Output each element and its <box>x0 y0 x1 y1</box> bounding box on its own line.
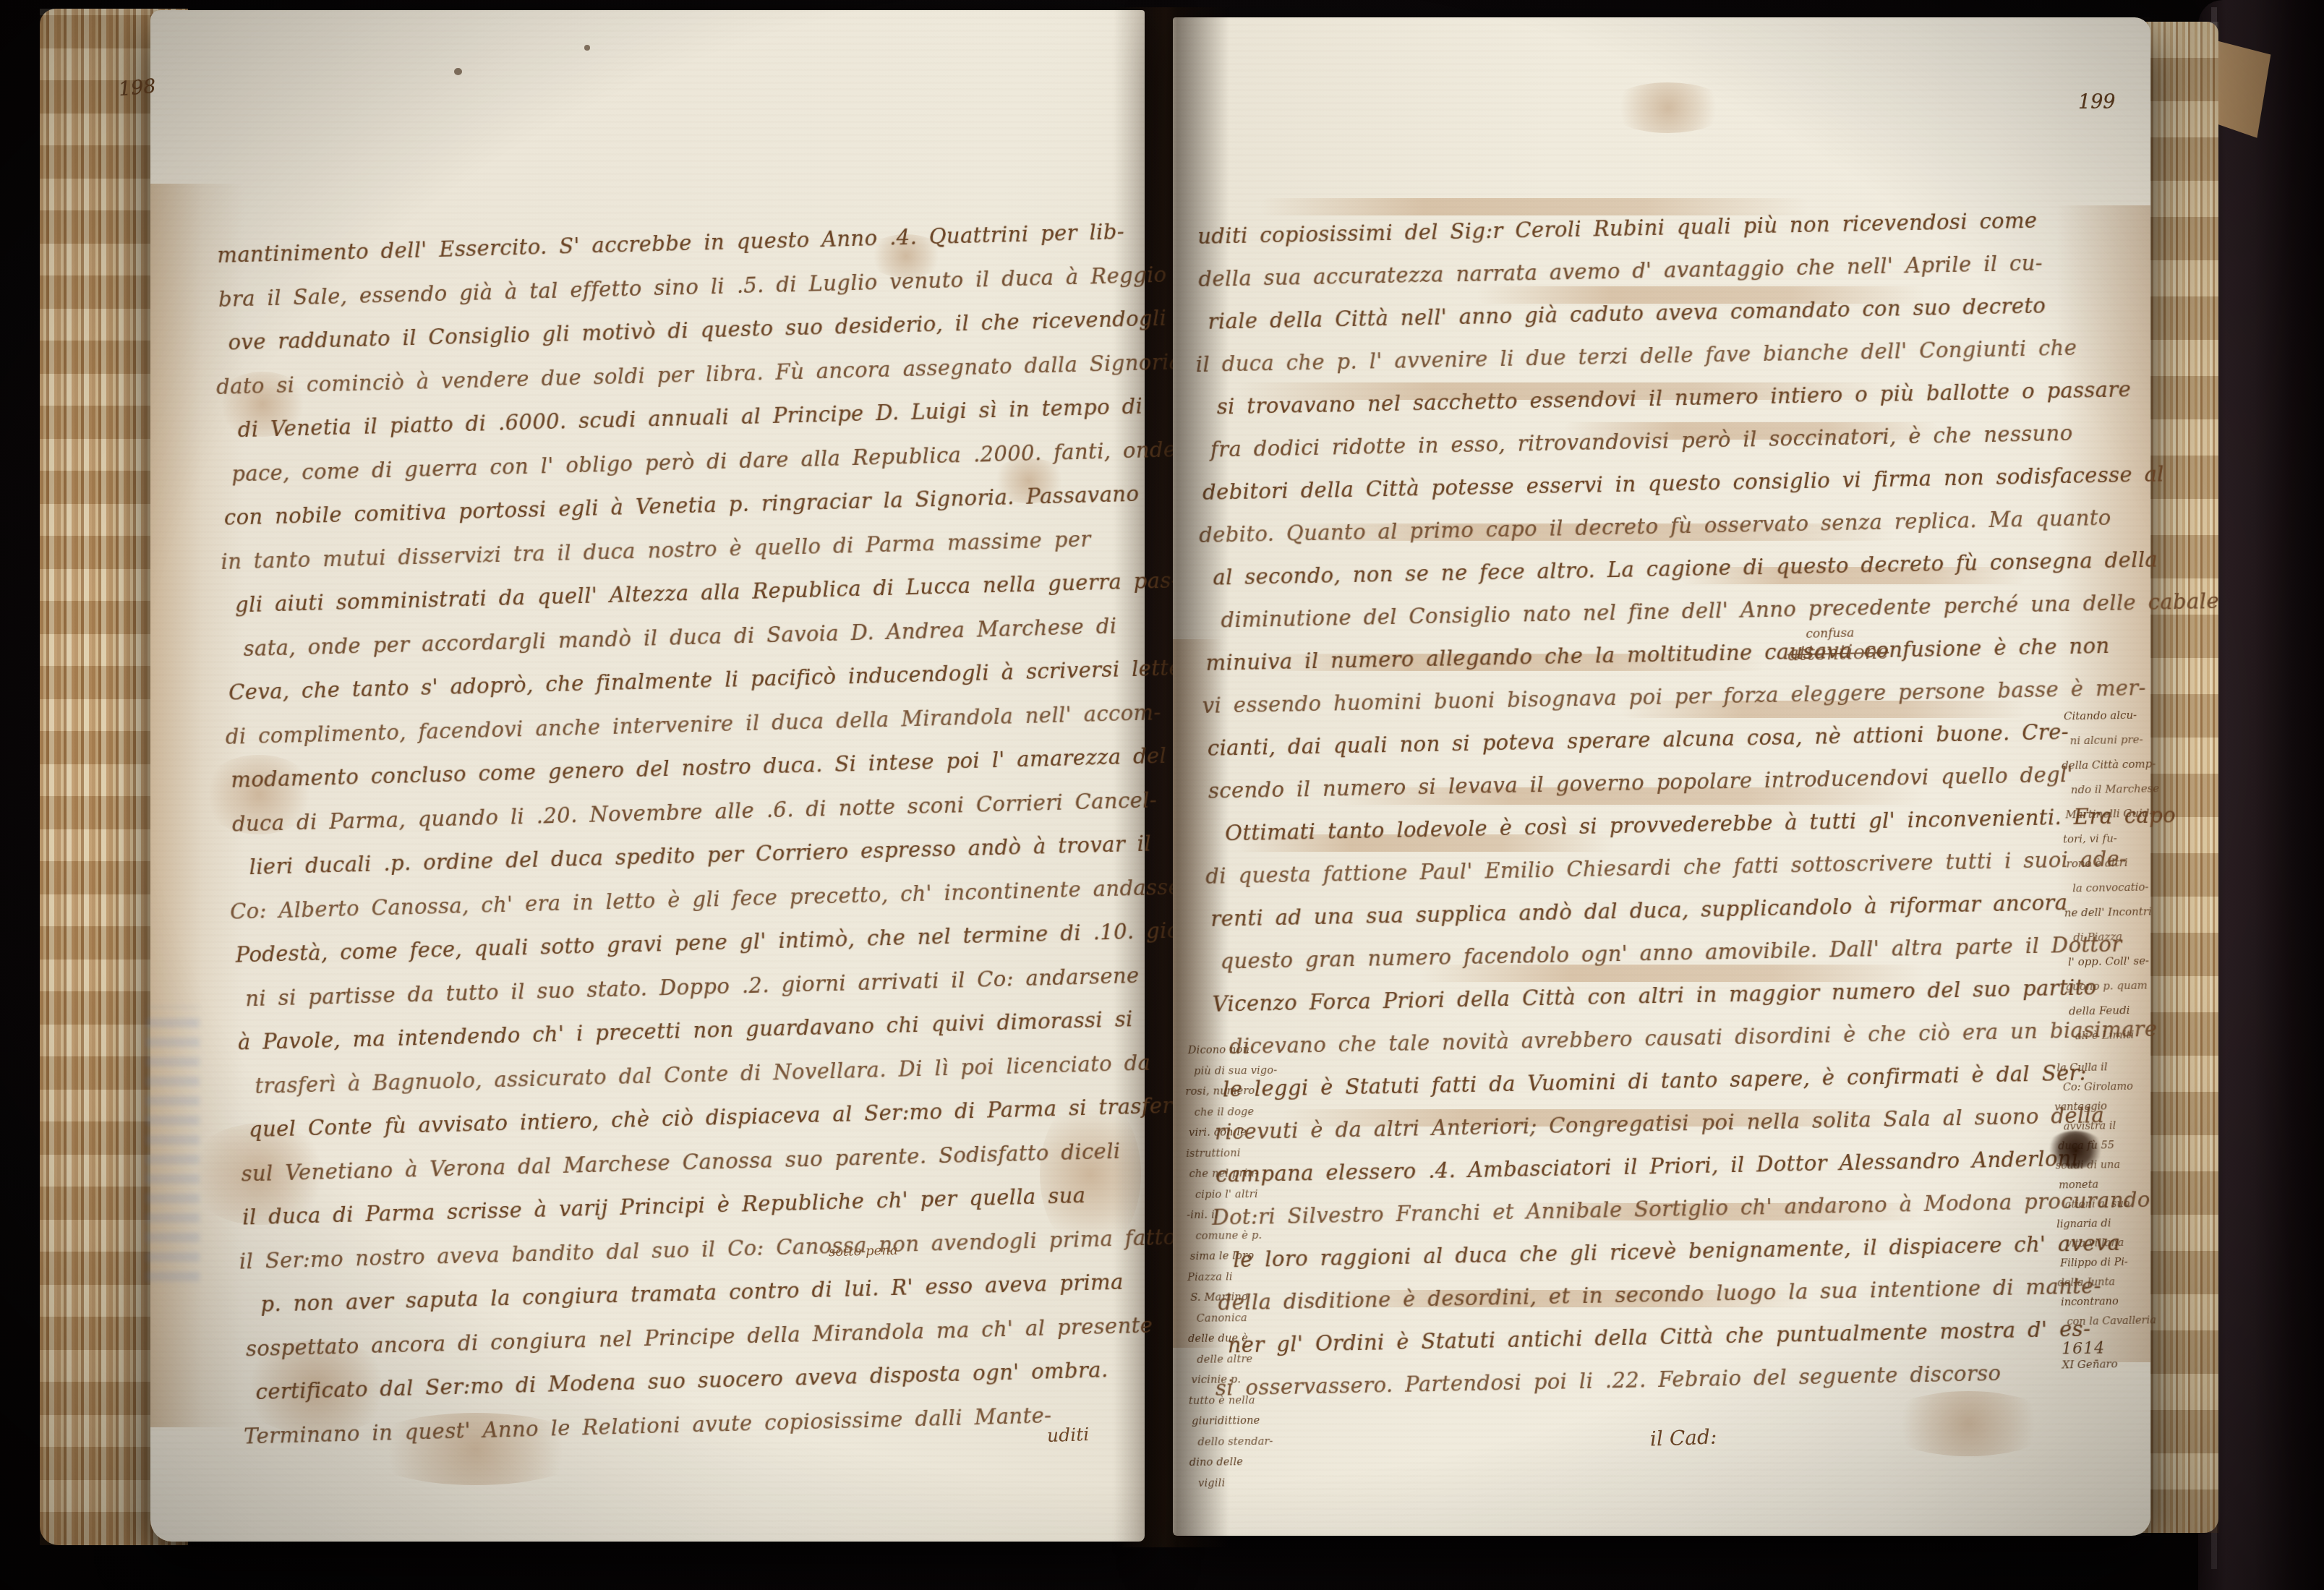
handwritten-line: rono è altri <box>2066 855 2190 882</box>
interlinear-insertion: sotto pena <box>829 1243 898 1260</box>
handwritten-line: vita villana <box>2066 1236 2187 1257</box>
handwritten-line: Piazza li <box>1187 1270 1320 1292</box>
handwritten-line: cipio l' altri <box>1195 1188 1320 1210</box>
margin-day: XI Gen̄aro <box>2062 1356 2188 1371</box>
handwritten-line: vantaggio <box>2054 1099 2184 1121</box>
handwritten-line: sima le loro <box>1190 1249 1320 1271</box>
handwritten-line: dino delle <box>1189 1456 1323 1477</box>
handwritten-line: ne dell' Incontri <box>2064 905 2191 931</box>
handwritten-line: delle altre <box>1197 1353 1321 1375</box>
handwritten-line: guono p. quam <box>2065 978 2192 1004</box>
handwritten-line: ni alcuni pre- <box>2069 732 2187 759</box>
handwritten-line: Co: Girolamo <box>2063 1080 2184 1102</box>
handwritten-line: vigili <box>1198 1476 1323 1498</box>
left-page-text: mantinimento dell' Essercito. S' accrebb… <box>217 218 1174 1467</box>
handwritten-line: rosi, numero <box>1185 1085 1318 1106</box>
margin-note-right-upper: Citando alcu-ni alcuni pre-della Città c… <box>2064 708 2192 1054</box>
margin-year: 1614 <box>2062 1338 2188 1358</box>
catchword: uditi <box>1047 1424 1090 1446</box>
ink-streak <box>1260 198 1809 215</box>
handwritten-line: ationi al suo <box>2065 1197 2186 1218</box>
book-photo: 198 mantinimento dell' Essercito. S' acc… <box>0 0 2324 1590</box>
handwritten-line: giuridittione <box>1192 1414 1322 1436</box>
handwritten-line: tori, vi fu- <box>2063 831 2190 858</box>
handwritten-line: più di sua vigo- <box>1194 1064 1318 1086</box>
foxing-speck <box>454 68 462 75</box>
scribal-correction: attentione confusa <box>1787 641 1889 666</box>
page-number-left: 198 <box>118 75 157 101</box>
handwritten-line: l' opp. Coll' se- <box>2068 954 2192 980</box>
handwritten-line: vicinie p. <box>1191 1373 1321 1395</box>
handwritten-line: la Culla il <box>2056 1061 2183 1082</box>
ink-blot <box>2046 1131 2104 1168</box>
handwritten-line: Filippo di Pi- <box>2060 1255 2187 1277</box>
right-page-text: uditi copiosissimi del Sig:r Ceroli Rubi… <box>1197 206 2160 1419</box>
margin-note-lines: la Culla ilCo: Girolamovantaggioavvistra… <box>2056 1061 2188 1336</box>
handwritten-line: della Città comp- <box>2062 757 2188 784</box>
handwritten-line: S. Martino <box>1190 1291 1320 1312</box>
foxing-speck <box>584 45 590 51</box>
stain <box>1607 82 1730 133</box>
handwritten-line: della Junta <box>2057 1275 2187 1296</box>
margin-note-left: Dicono nonpiù di sua vigo-rosi, numeroch… <box>1188 1043 1323 1498</box>
handwritten-line: che il doge <box>1195 1106 1319 1127</box>
handwritten-line: con la Cavalleria <box>2067 1314 2187 1335</box>
handwritten-line: tutto è nella <box>1189 1394 1322 1416</box>
handwritten-line: lignaria di <box>2056 1216 2186 1238</box>
handwritten-line: Martinelli Guid- <box>2065 806 2189 833</box>
closing-line: il Cad: <box>1649 1424 1717 1450</box>
handwritten-line: di Piazza <box>2073 929 2191 956</box>
handwritten-line: della Feudi <box>2069 1002 2192 1029</box>
handwritten-line: dello stendar- <box>1197 1435 1322 1457</box>
handwritten-line: ali è Limiti <box>2075 1027 2193 1053</box>
handwritten-line: incontrano <box>2061 1294 2187 1316</box>
left-page: 198 mantinimento dell' Essercito. S' acc… <box>150 10 1145 1542</box>
handwritten-line: Canonica <box>1197 1312 1321 1333</box>
handwritten-line: istruttioni <box>1186 1147 1319 1168</box>
handwritten-line: viri. con le <box>1189 1126 1319 1147</box>
handwritten-line: ndo il Marchese <box>2071 782 2189 808</box>
handwritten-line: moneta <box>2059 1177 2185 1199</box>
library-stamp-ghost <box>146 1006 200 1281</box>
page-number-right: 199 <box>2078 91 2116 114</box>
handwritten-line: comune è p. <box>1195 1229 1320 1251</box>
handwritten-line: Citando alcu- <box>2064 708 2187 735</box>
handwritten-line: la convocatio- <box>2072 880 2190 907</box>
handwritten-line: Dicono non <box>1188 1043 1318 1065</box>
struck-word: attentione <box>1787 641 1889 666</box>
handwritten-line: -ini. il <box>1187 1208 1320 1230</box>
right-page: 199 uditi copiosissimi del Sig:r Ceroli … <box>1173 17 2150 1536</box>
inserted-word: confusa <box>1806 626 1854 641</box>
handwritten-line: che nel prin- <box>1189 1167 1320 1189</box>
margin-note-right-lower: la Culla ilCo: Girolamovantaggioavvistra… <box>2056 1061 2188 1372</box>
handwritten-line: delle due è <box>1188 1332 1321 1354</box>
